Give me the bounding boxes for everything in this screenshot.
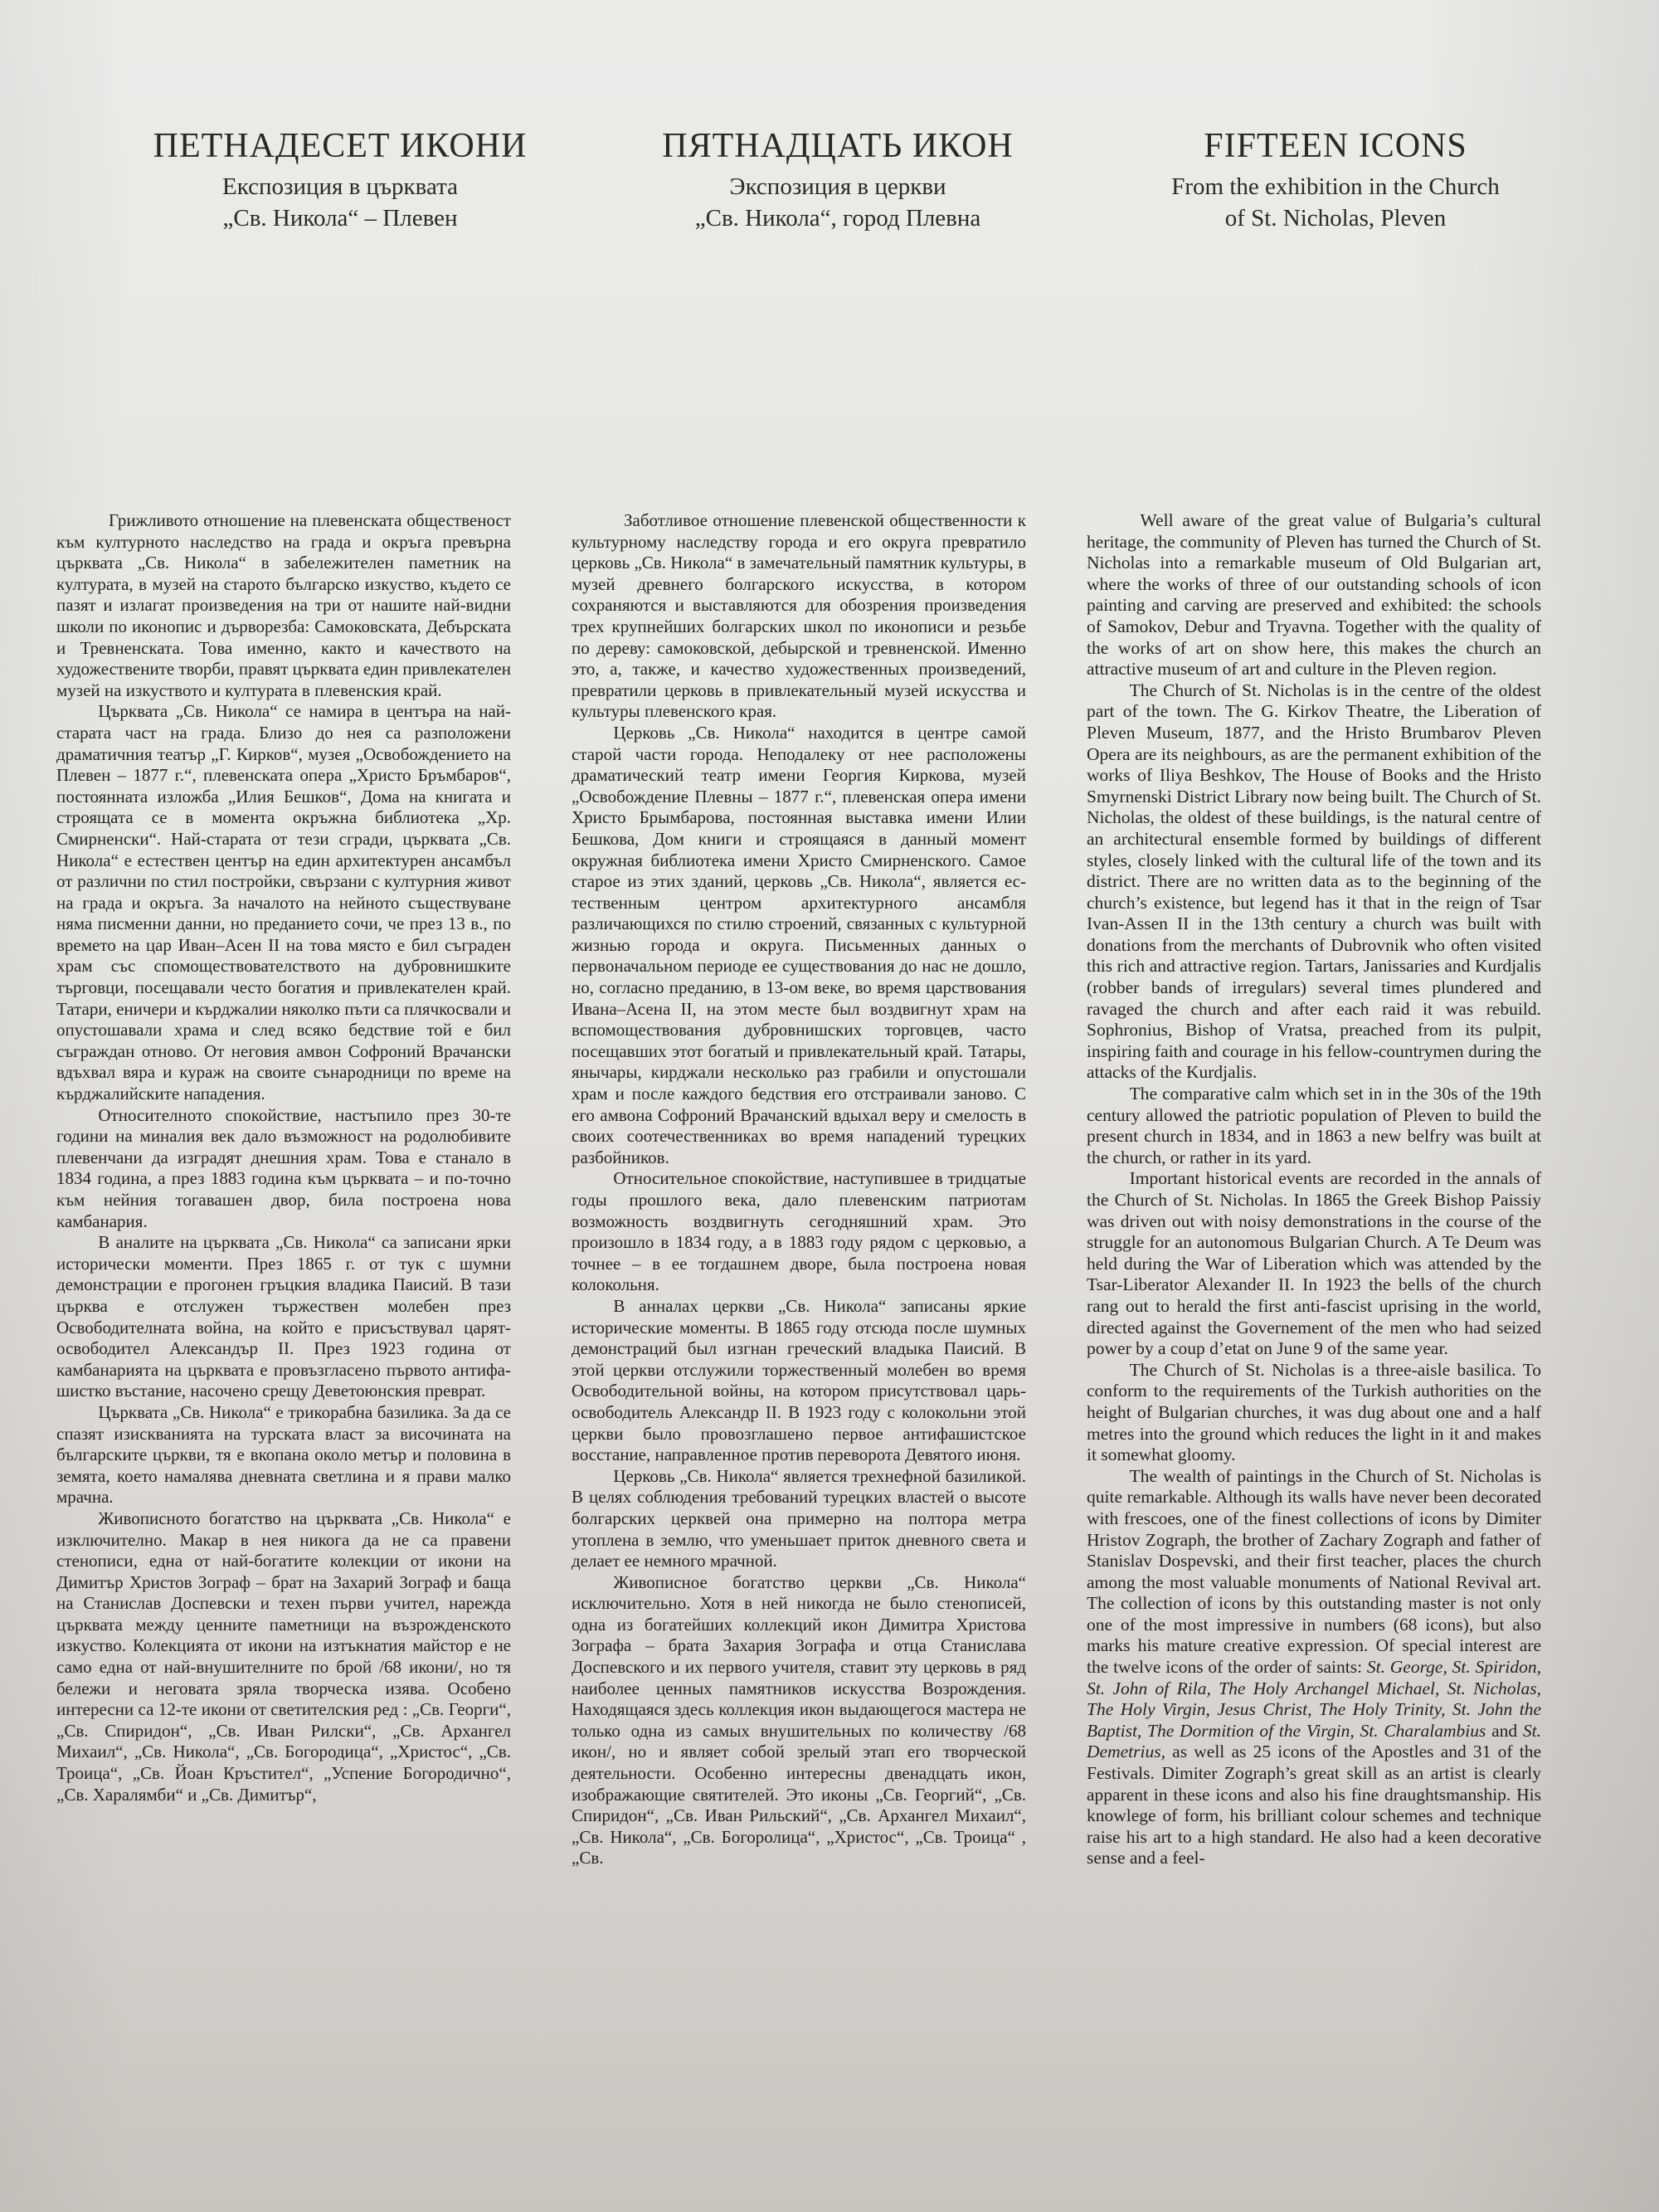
column-english: Well aware of the great value of Bulgari…	[1087, 510, 1541, 1869]
column-russian: Заботливое отношение плевенской общест­в…	[572, 510, 1026, 1869]
subtitle-english-line2: of St. Nicholas, Pleven	[1112, 202, 1559, 234]
paragraph: Относителното спокойствие, настъпило пре…	[56, 1105, 511, 1233]
paragraph: Церковь „Св. Никола“ находится в центре …	[572, 723, 1026, 1168]
subtitle-bulgarian-line1: Експозиция в църквата	[116, 171, 564, 202]
paragraph: The Church of St. Nicholas is in the cen…	[1087, 680, 1541, 1084]
header-english: FIFTEEN ICONS From the exhibition in the…	[1112, 124, 1559, 234]
paragraph: Живописното богатство на църквата „Св. Н…	[56, 1508, 511, 1805]
text-run: and	[1486, 1721, 1523, 1741]
paragraph: The comparative calm which set in in the…	[1087, 1084, 1541, 1168]
paragraph: Церковь „Св. Никола“ является трехнефной…	[572, 1466, 1026, 1572]
paragraph: Well aware of the great value of Bulgari…	[1087, 510, 1541, 680]
paragraph: В анналах церкви „Св. Никола“ записаны я…	[572, 1296, 1026, 1466]
subtitle-english-line1: From the exhibition in the Church	[1112, 171, 1559, 202]
paragraph: В аналите на църквата „Св. Никола“ са за…	[56, 1232, 511, 1402]
title-bulgarian: ПЕТНАДЕСЕТ ИКОНИ	[116, 124, 564, 168]
text-run: The wealth of paintings in the Church of…	[1087, 1466, 1541, 1677]
header-bulgarian: ПЕТНАДЕСЕТ ИКОНИ Експозиция в църквата „…	[116, 124, 564, 234]
paragraph: The Church of St. Nicholas is a three-ai…	[1087, 1360, 1541, 1466]
paragraph: The wealth of paintings in the Church of…	[1087, 1466, 1541, 1869]
paragraph: Църквата „Св. Никола“ се намира в център…	[56, 701, 511, 1104]
title-english: FIFTEEN ICONS	[1112, 124, 1559, 168]
subtitle-russian-line1: Экспозиция в церкви	[614, 171, 1062, 202]
title-russian: ПЯТНАДЦАТЬ ИКОН	[614, 124, 1062, 168]
paragraph: Заботливое отношение плевенской общест­в…	[572, 510, 1026, 723]
column-bulgarian: Грижливото отношение на плевенската обще…	[56, 510, 511, 1869]
paragraph: Important historical events are recorded…	[1087, 1168, 1541, 1359]
body-columns: Грижливото отношение на плевенската обще…	[56, 510, 1541, 1869]
subtitle-bulgarian-line2: „Св. Никола“ – Плевен	[116, 202, 564, 234]
paragraph: Относительное спокойствие, наступившее в…	[572, 1168, 1026, 1296]
paragraph: Църквата „Св. Никола“ е трикорабна ба­зи…	[56, 1402, 511, 1508]
page-header: ПЕТНАДЕСЕТ ИКОНИ Експозиция в църквата „…	[116, 124, 1559, 234]
paragraph: Грижливото отношение на плевенската обще…	[56, 510, 511, 701]
paragraph: Живописное богатство церкви „Св. Никола“…	[572, 1572, 1026, 1869]
subtitle-russian-line2: „Св. Никола“, город Плевна	[614, 202, 1062, 234]
header-russian: ПЯТНАДЦАТЬ ИКОН Экспозиция в церкви „Св.…	[614, 124, 1062, 234]
